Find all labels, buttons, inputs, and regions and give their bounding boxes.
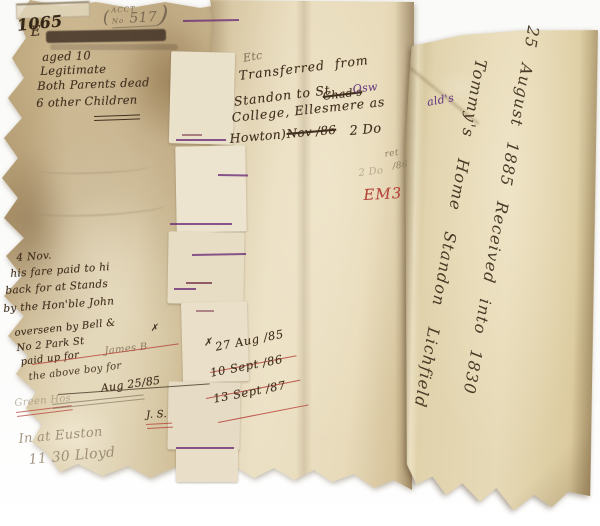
repair-patch [167, 231, 244, 304]
paren-close: ) [157, 0, 170, 29]
paren-open: ( [102, 8, 110, 28]
pencil-mark-ret: ret [384, 148, 399, 160]
red-annotation: EM3 [363, 184, 403, 204]
pencil-mark-86: /86 [392, 160, 409, 172]
purple-stitch-mark [176, 447, 234, 449]
archival-document-scan: 1065 ( ACCT No 517 ) E aged 10 Legitimat… [0, 0, 600, 526]
maroon-stitch-mark [182, 134, 202, 136]
repair-patch [176, 448, 238, 482]
acct-number: 517 [129, 9, 157, 26]
ink-note-line: 4 Nov. [16, 250, 52, 264]
clerk-initials: J. S. [146, 409, 167, 421]
initial-letter: E [30, 23, 42, 40]
purple-stitch-mark [170, 223, 232, 225]
fold-shading [510, 426, 594, 522]
acct-no-label: No [112, 17, 125, 26]
purple-stitch-mark [176, 139, 226, 141]
page-edge-shading [570, 30, 600, 526]
redaction-smudge [46, 29, 166, 43]
purple-stitch-mark [174, 288, 196, 290]
maroon-stitch-mark [186, 282, 212, 284]
transfer-line-4-end: 2 Do [349, 121, 382, 139]
repair-patch [169, 51, 235, 145]
cross-mark: ✗ [150, 323, 159, 334]
maroon-stitch-mark [196, 310, 214, 312]
repair-patch [175, 145, 246, 232]
account-number-note: ( ACCT No 517 ) [102, 1, 169, 32]
note-legitimate: Legitimate [40, 62, 106, 78]
date-cross-mark: ✗ [203, 337, 213, 349]
